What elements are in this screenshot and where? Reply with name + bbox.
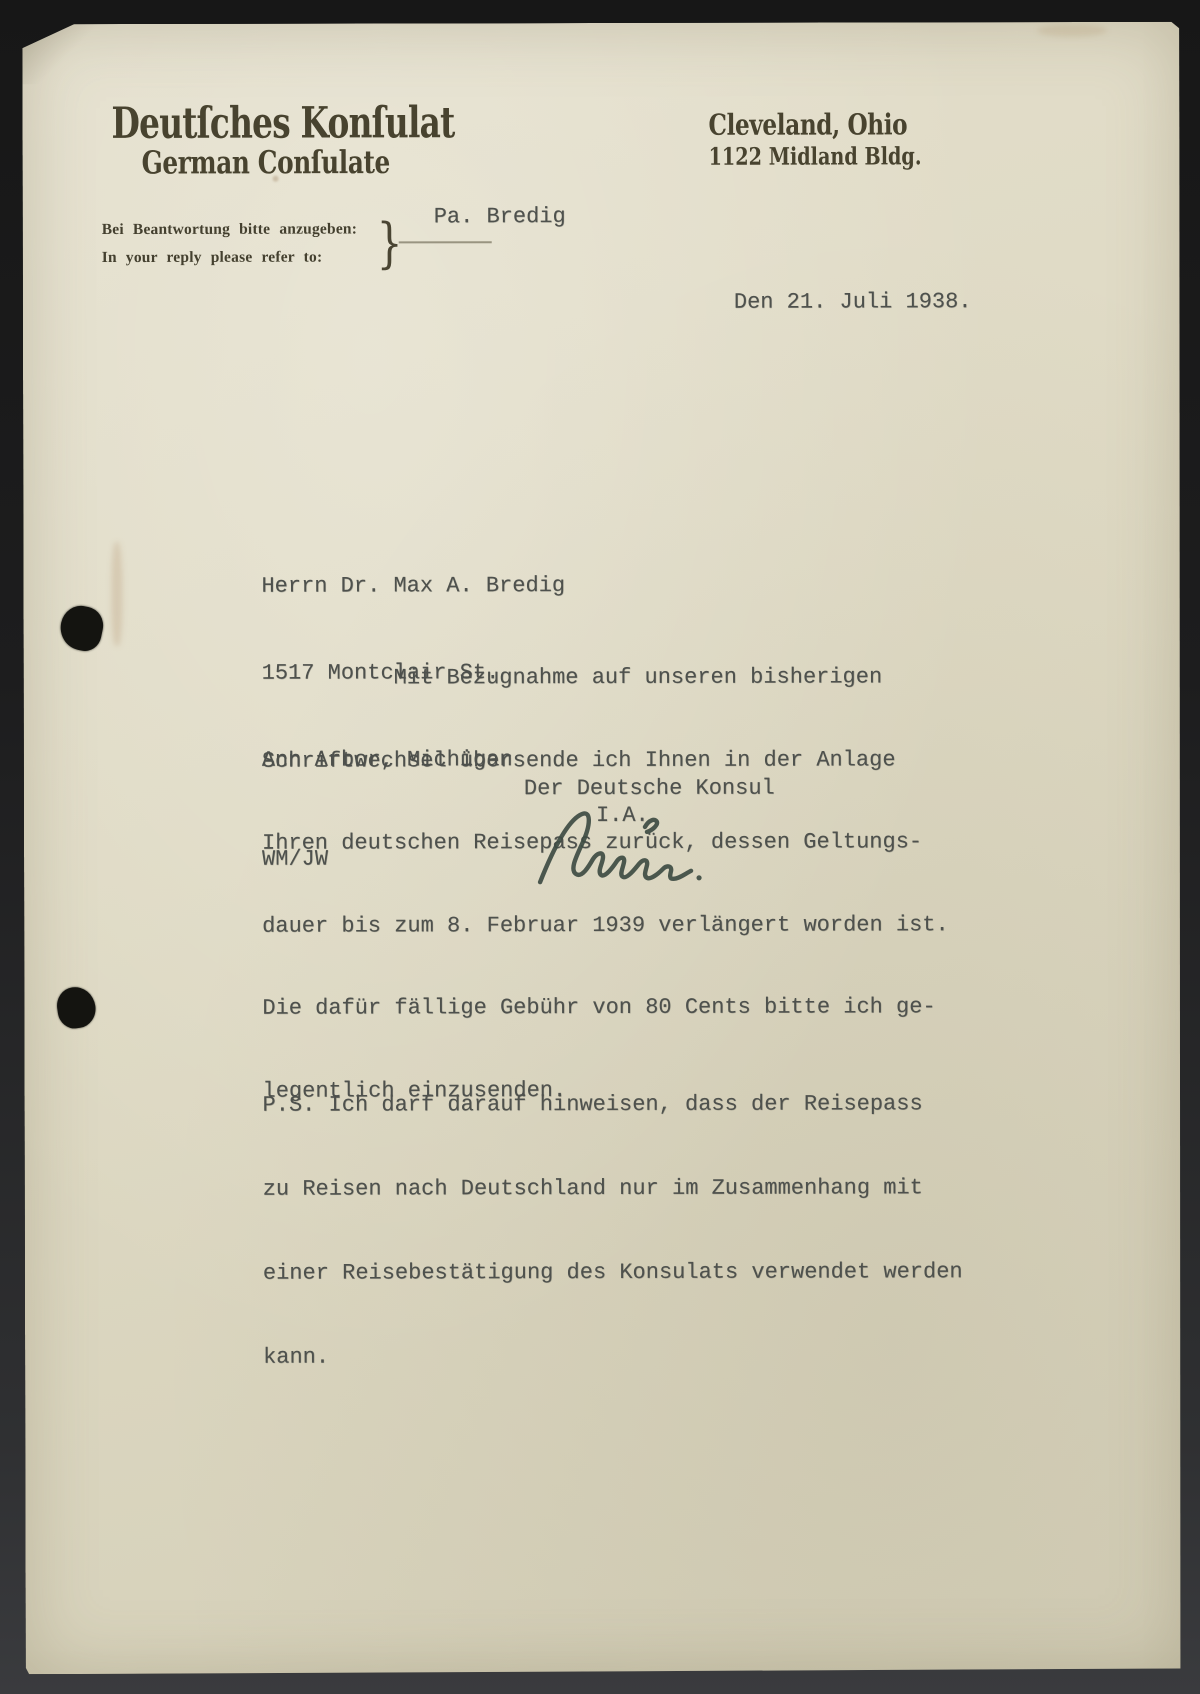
- letter-paper: Deutſches Konſulat German Conſulate Clev…: [22, 22, 1182, 1674]
- body-line: Die dafür fällige Gebühr von 80 Cents bi…: [262, 993, 949, 1022]
- recipient-line: Herrn Dr. Max A. Bredig: [261, 571, 565, 601]
- hole-punch-top: [56, 602, 106, 654]
- postscript-line: kann.: [263, 1342, 963, 1371]
- reference-label-english: In your reply please refer to:: [102, 249, 323, 267]
- postscript-line: zu Reisen nach Deutschland nur im Zusamm…: [263, 1174, 963, 1203]
- letterhead-org-english: German Conſulate: [142, 144, 390, 181]
- letterhead-org-german: Deutſches Konſulat: [111, 97, 454, 148]
- postscript-line: P.S. Ich darf darauf hinweisen, dass der…: [263, 1090, 963, 1119]
- date-line: Den 21. Juli 1938.: [734, 287, 972, 316]
- hole-punch-bottom: [55, 985, 98, 1031]
- body-line: Mit Bezugnahme auf unseren bisherigen: [262, 663, 949, 692]
- paper-speck: [273, 176, 279, 182]
- body-line: dauer bis zum 8. Februar 1939 verlängert…: [262, 911, 949, 940]
- folded-corner-shading: [22, 24, 102, 84]
- paper-stain-left: [111, 542, 122, 646]
- reference-underline: [399, 241, 492, 243]
- letterhead-building: 1122 Midland Bldg.: [709, 141, 922, 170]
- postscript-line: einer Reisebestätigung des Konsulats ver…: [263, 1258, 963, 1287]
- body-line: Schriftwechsel übersende ich Ihnen in de…: [262, 746, 949, 775]
- letterhead-city: Cleveland, Ohio: [708, 107, 907, 141]
- consul-signature: [532, 808, 752, 888]
- paper-stain-top: [1037, 24, 1107, 37]
- closing-title: Der Deutsche Konsul: [524, 774, 775, 804]
- typist-initials: WM/JW: [262, 845, 328, 874]
- postscript: P.S. Ich darf darauf hinweisen, dass der…: [262, 1034, 963, 1427]
- scanned-letter-page: { "document": { "letterhead": { "org_nam…: [0, 0, 1200, 1694]
- reference-value: Pa. Bredig: [434, 202, 566, 231]
- reference-label-german: Bei Beantwortung bitte anzugeben:: [102, 221, 357, 240]
